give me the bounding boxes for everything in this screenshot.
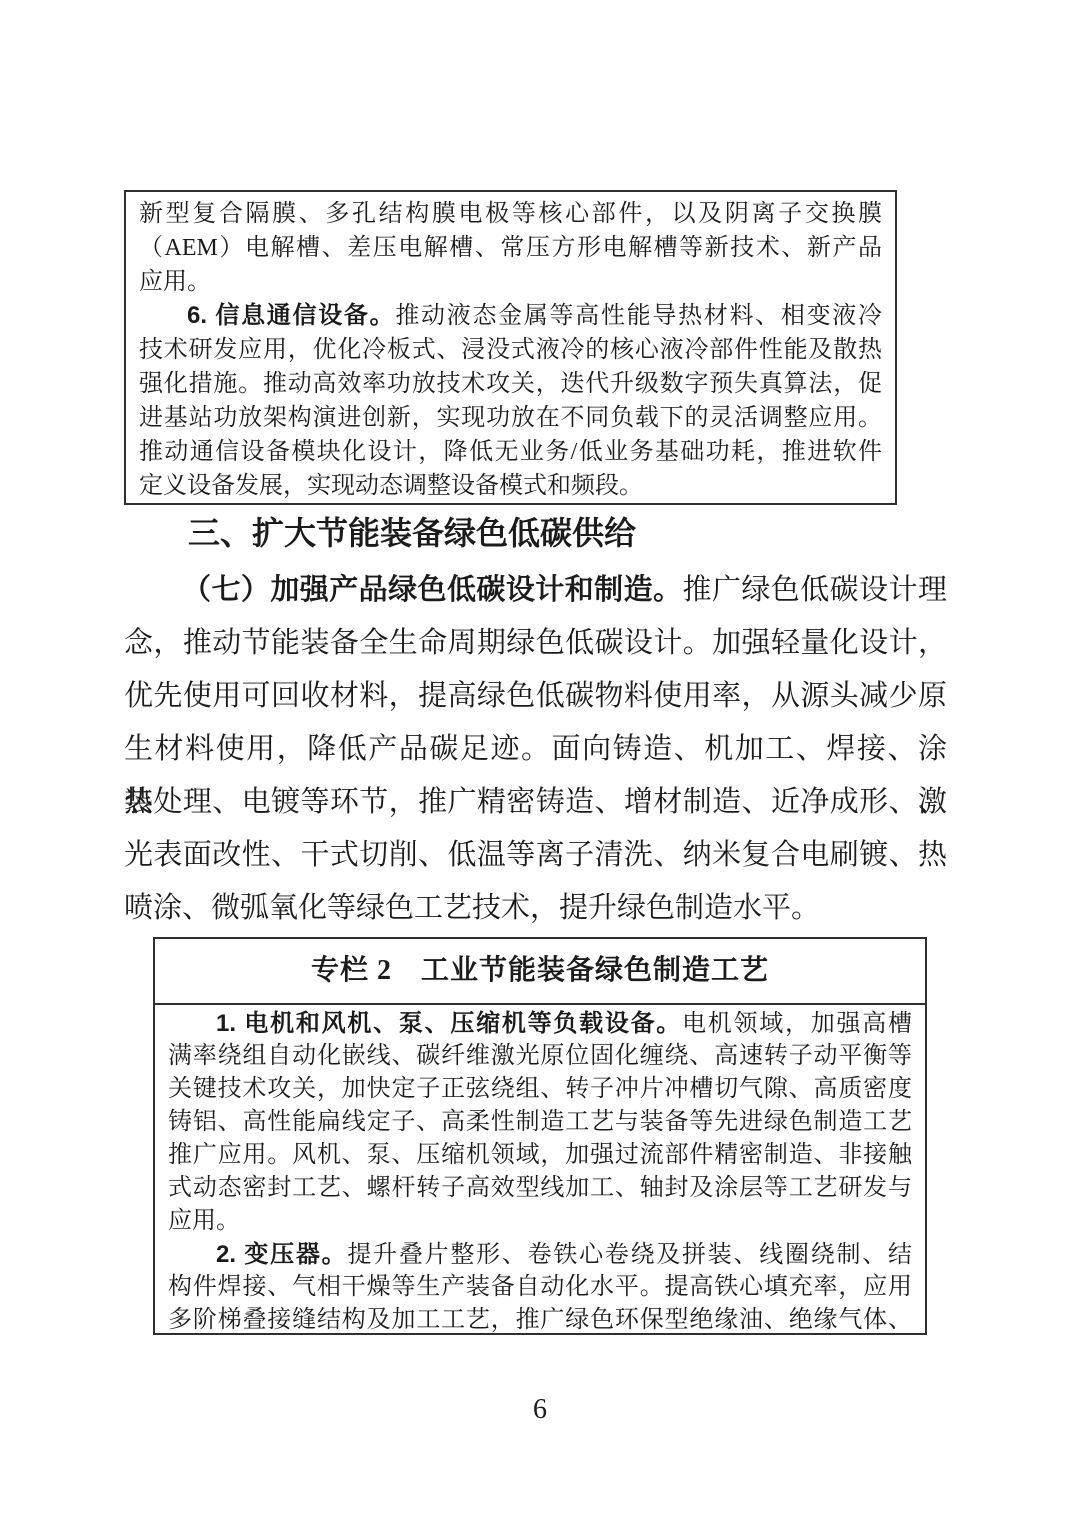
column2-box-text: 1. 电机和风机、泵、压缩机等负载设备。电机领域，加强高槽满率绕组自动化嵌线、碳… [155, 1005, 925, 1337]
text-line: 进基站功放架构演进创新，实现功放在不同负载下的灵活调整应用。 [139, 401, 882, 435]
text-run: 技术研发应用，优化冷板式、浸没式液冷的核心液冷部件性能及散热 [139, 337, 882, 363]
text-line: 6. 信息通信设备。推动液态金属等高性能导热材料、相变液冷 [139, 299, 882, 333]
text-line: 定义设备发展，实现动态调整设备模式和频段。 [139, 469, 882, 503]
text-run: 构件焊接、气相干燥等生产装备自动化水平。提高铁心填充率，应用 [168, 1274, 912, 1300]
text-run: 满率绕组自动化嵌线、碳纤维激光原位固化缠绕、高速转子动平衡等 [168, 1043, 912, 1069]
text-line: 满率绕组自动化嵌线、碳纤维激光原位固化缠绕、高速转子动平衡等 [168, 1040, 912, 1073]
bold-run: 1. 电机和风机、泵、压缩机等负载设备。 [216, 1010, 682, 1037]
text-line: 强化措施。推动高效率功放技术攻关，迭代升级数字预失真算法，促 [139, 367, 882, 401]
text-run: 提升叠片整形、卷铁心卷绕及拼装、线圈绕制、结 [347, 1242, 912, 1268]
info-comm-equipment-box: 新型复合隔膜、多孔结构膜电极等核心部件，以及阴离子交换膜（AEM）电解槽、差压电… [124, 190, 897, 505]
text-run: 推广应用。风机、泵、压缩机领域，加强过流部件精密制造、非接触 [168, 1142, 912, 1168]
text-run: 定义设备发展，实现动态调整设备模式和频段。 [139, 473, 643, 499]
bold-run: 2. 变压器。 [216, 1241, 347, 1268]
text-line: 推广应用。风机、泵、压缩机领域，加强过流部件精密制造、非接触 [168, 1139, 912, 1172]
text-line: 关键技术攻关，加快定子正弦绕组、转子冲片冲槽切气隙、高质密度 [168, 1073, 912, 1106]
text-run: 电机领域，加强高槽 [682, 1011, 912, 1037]
text-run: 应用。 [139, 269, 211, 295]
text-line: 2. 变压器。提升叠片整形、卷铁心卷绕及拼装、线圈绕制、结 [168, 1238, 912, 1271]
text-run: 念，推动节能装备全生命周期绿色低碳设计。加强轻量化设计， [124, 627, 947, 659]
text-line: 多阶梯叠接缝结构及加工工艺，推广绿色环保型绝缘油、绝缘气体、 [168, 1304, 912, 1337]
text-run: （AEM）电解槽、差压电解槽、常压方形电解槽等新技术、新产品 [139, 235, 882, 261]
text-line: 构件焊接、气相干燥等生产装备自动化水平。提高铁心填充率，应用 [168, 1271, 912, 1304]
text-line: 新型复合隔膜、多孔结构膜电极等核心部件，以及阴离子交换膜 [139, 197, 882, 231]
text-line: 光表面改性、干式切削、低温等离子清洗、纳米复合电刷镀、热 [124, 829, 947, 882]
page-number: 6 [0, 1394, 1080, 1426]
text-run: 多阶梯叠接缝结构及加工工艺，推广绿色环保型绝缘油、绝缘气体、 [168, 1307, 912, 1333]
text-line: 优先使用可回收材料，提高绿色低碳物料使用率，从源头减少原 [124, 670, 947, 723]
text-line: 热处理、电镀等环节，推广精密铸造、增材制造、近净成形、激 [124, 776, 947, 829]
text-line: （AEM）电解槽、差压电解槽、常压方形电解槽等新技术、新产品 [139, 231, 882, 265]
text-line: 推动通信设备模块化设计，降低无业务/低业务基础功耗，推进软件 [139, 435, 882, 469]
text-line: 式动态密封工艺、螺杆转子高效型线加工、轴封及涂层等工艺研发与 [168, 1172, 912, 1205]
text-line: 铸铝、高性能扁线定子、高柔性制造工艺与装备等先进绿色制造工艺 [168, 1106, 912, 1139]
section-heading: 三、扩大节能装备绿色低碳供给 [124, 513, 1011, 553]
text-line: （七）加强产品绿色低碳设计和制造。推广绿色低碳设计理 [124, 564, 947, 617]
column2-box-title: 专栏 2 工业节能装备绿色制造工艺 [155, 939, 925, 1005]
document-page: 新型复合隔膜、多孔结构膜电极等核心部件，以及阴离子交换膜（AEM）电解槽、差压电… [0, 0, 1080, 1527]
text-run: 强化措施。推动高效率功放技术攻关，迭代升级数字预失真算法，促 [139, 371, 882, 397]
text-run: 优先使用可回收材料，提高绿色低碳物料使用率，从源头减少原 [124, 680, 947, 712]
text-run: 热处理、电镀等环节，推广精密铸造、增材制造、近净成形、激 [124, 786, 947, 818]
text-run: 铸铝、高性能扁线定子、高柔性制造工艺与装备等先进绿色制造工艺 [168, 1109, 912, 1135]
info-comm-equipment-box-text: 新型复合隔膜、多孔结构膜电极等核心部件，以及阴离子交换膜（AEM）电解槽、差压电… [139, 197, 882, 503]
text-run: 式动态密封工艺、螺杆转子高效型线加工、轴封及涂层等工艺研发与 [168, 1175, 912, 1201]
text-run: 光表面改性、干式切削、低温等离子清洗、纳米复合电刷镀、热 [124, 839, 947, 871]
text-line: 应用。 [139, 265, 882, 299]
text-run: 喷涂、微弧氧化等绿色工艺技术，提升绿色制造水平。 [124, 892, 820, 924]
text-run: 推动通信设备模块化设计，降低无业务/低业务基础功耗，推进软件 [139, 439, 882, 465]
text-run: 进基站功放架构演进创新，实现功放在不同负载下的灵活调整应用。 [139, 405, 882, 431]
text-line: 技术研发应用，优化冷板式、浸没式液冷的核心液冷部件性能及散热 [139, 333, 882, 367]
text-line: 应用。 [168, 1205, 912, 1238]
text-run: 关键技术攻关，加快定子正弦绕组、转子冲片冲槽切气隙、高质密度 [168, 1076, 912, 1102]
text-line: 喷涂、微弧氧化等绿色工艺技术，提升绿色制造水平。 [124, 882, 947, 935]
text-line: 生材料使用，降低产品碳足迹。面向铸造、机加工、焊接、涂装、 [124, 723, 947, 776]
text-line: 1. 电机和风机、泵、压缩机等负载设备。电机领域，加强高槽 [168, 1007, 912, 1040]
bold-run: 6. 信息通信设备。 [187, 302, 395, 329]
text-run: 新型复合隔膜、多孔结构膜电极等核心部件，以及阴离子交换膜 [139, 201, 882, 227]
text-line: 念，推动节能装备全生命周期绿色低碳设计。加强轻量化设计， [124, 617, 947, 670]
text-run: 推广绿色低碳设计理 [682, 574, 947, 606]
text-run: 推动液态金属等高性能导热材料、相变液冷 [395, 303, 882, 329]
bold-run: （七）加强产品绿色低碳设计和制造。 [182, 574, 682, 606]
body-paragraph: （七）加强产品绿色低碳设计和制造。推广绿色低碳设计理念，推动节能装备全生命周期绿… [124, 564, 947, 935]
text-run: 应用。 [168, 1208, 240, 1234]
column2-box: 专栏 2 工业节能装备绿色制造工艺 1. 电机和风机、泵、压缩机等负载设备。电机… [153, 937, 927, 1335]
